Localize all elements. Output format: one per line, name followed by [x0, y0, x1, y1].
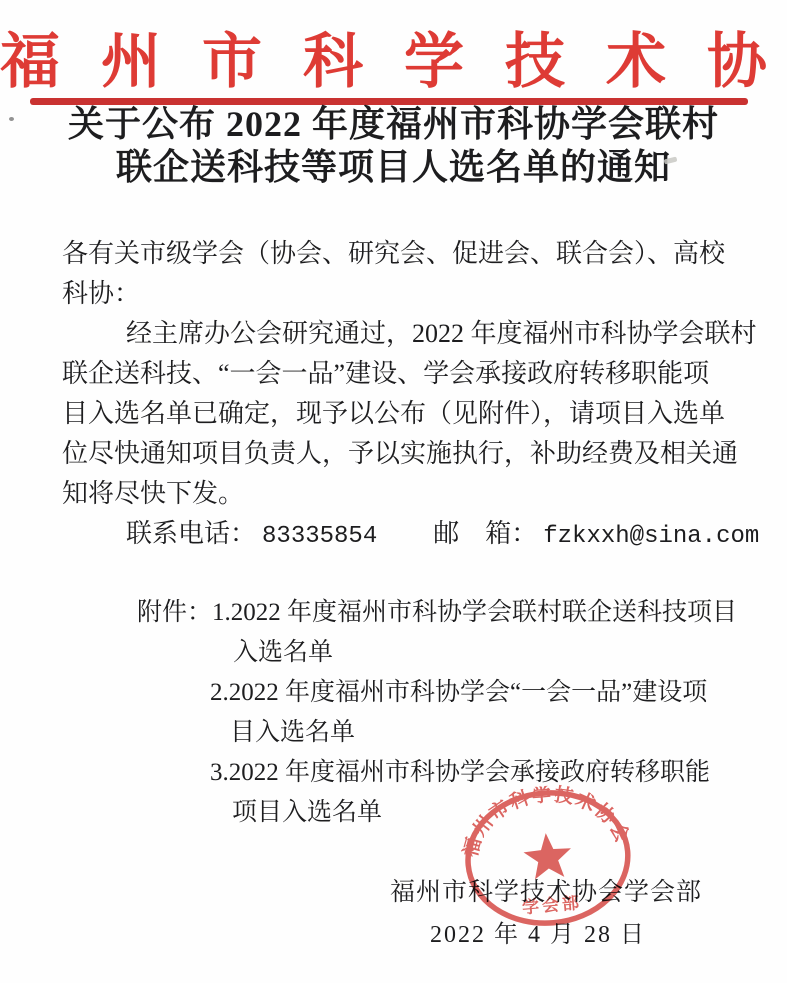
paragraph-line: 目入选名单已确定，现予以公布（见附件），请项目入选单: [62, 394, 742, 434]
letterhead-org-name: 福 州 市 科 学 技 术 协 会: [0, 14, 787, 100]
title-line-2: 联企送科技等项目人选名单的通知: [0, 146, 787, 189]
title-line-1: 关于公布 2022 年度福州市科协学会联村: [0, 103, 787, 146]
star-icon: [522, 831, 573, 880]
document-page: 福 州 市 科 学 技 术 协 会 关于公布 2022 年度福州市科协学会联村 …: [0, 0, 787, 983]
paragraph-line: 联企送科技、“一会一品”建设、学会承接政府转移职能项: [62, 354, 742, 394]
attachment-line: 入选名单: [62, 633, 742, 673]
paragraph-line: 位尽快通知项目负责人，予以实施执行，补助经费及相关通: [62, 434, 742, 474]
email-label: 邮 箱：: [433, 519, 537, 548]
attachment-line: 附件：1.2022 年度福州市科协学会联村联企送科技项目: [62, 593, 742, 633]
attachment-line: 目入选名单: [62, 713, 742, 753]
email-address: fzkxxh@sina.com: [543, 523, 759, 550]
paragraph-line: 知将尽快下发。: [62, 474, 742, 514]
phone-label: 联系电话：: [126, 519, 256, 548]
paragraph-line: 经主席办公会研究通过，2022 年度福州市科协学会联村: [62, 314, 742, 354]
salutation-line: 科协：: [62, 274, 742, 314]
phone-number: 83335854: [262, 523, 377, 550]
document-title: 关于公布 2022 年度福州市科协学会联村 联企送科技等项目人选名单的通知: [0, 103, 787, 189]
salutation-line: 各有关市级学会（协会、研究会、促进会、联合会）、高校: [62, 234, 742, 274]
attachment-line: 2.2022 年度福州市科协学会“一会一品”建设项: [62, 673, 742, 713]
body-text: 各有关市级学会（协会、研究会、促进会、联合会）、高校 科协： 经主席办公会研究通…: [62, 234, 742, 554]
attachment-line: 项目入选名单: [62, 793, 742, 833]
scan-artifact: [9, 117, 14, 121]
seal-bottom-text: 学会部: [521, 892, 583, 917]
contact-line: 联系电话：83335854邮 箱：fzkxxh@sina.com: [62, 514, 742, 554]
attachments-list: 附件：1.2022 年度福州市科协学会联村联企送科技项目 入选名单 2.2022…: [62, 593, 742, 833]
attachment-line: 3.2022 年度福州市科协学会承接政府转移职能: [62, 753, 742, 793]
official-seal-icon: 福州市科学技术协会 学会部: [456, 779, 640, 939]
